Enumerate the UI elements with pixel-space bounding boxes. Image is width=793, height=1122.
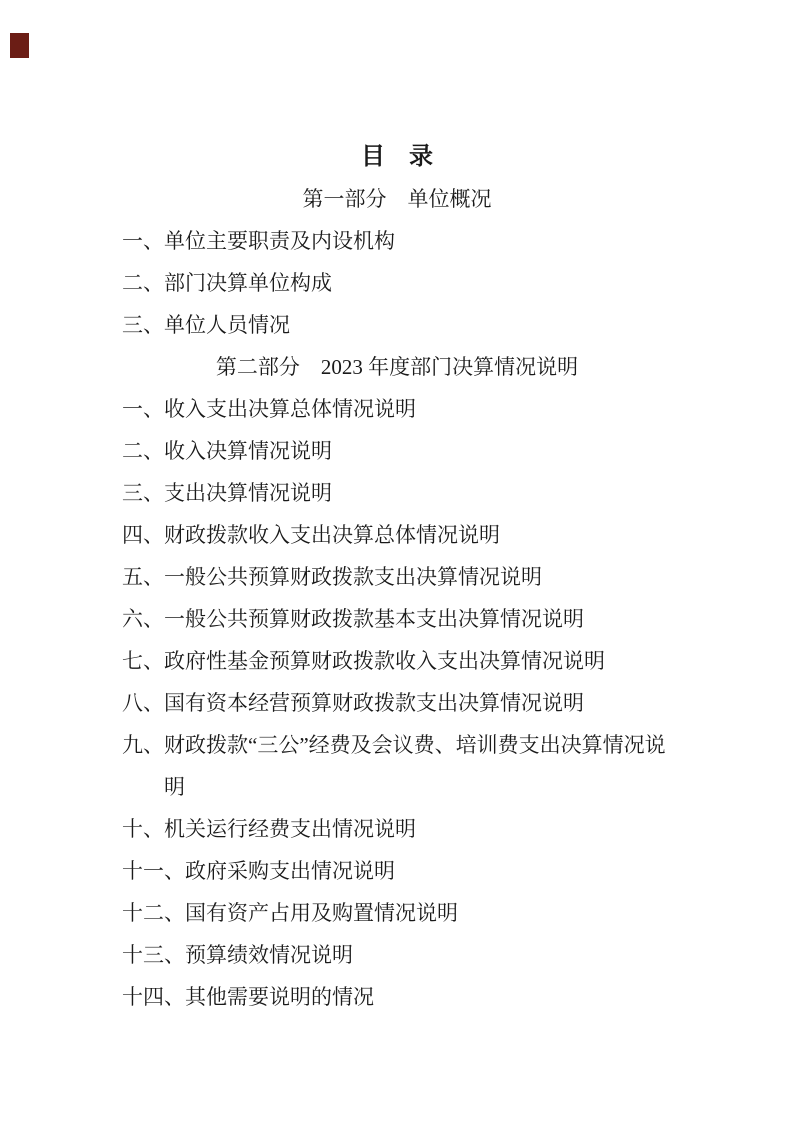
corner-mark bbox=[10, 33, 29, 58]
toc-title: 目 录 bbox=[122, 136, 672, 178]
toc-item: 十三、预算绩效情况说明 bbox=[122, 934, 672, 976]
toc-item: 二、部门决算单位构成 bbox=[122, 262, 672, 304]
part-one-heading: 第一部分 单位概况 bbox=[122, 178, 672, 220]
toc-item: 三、单位人员情况 bbox=[122, 304, 672, 346]
toc-item: 四、财政拨款收入支出决算总体情况说明 bbox=[122, 514, 672, 556]
toc-item: 九、财政拨款“三公”经费及会议费、培训费支出决算情况说明 bbox=[122, 724, 672, 808]
toc-item: 一、单位主要职责及内设机构 bbox=[122, 220, 672, 262]
toc-item: 十四、其他需要说明的情况 bbox=[122, 976, 672, 1018]
toc-item: 五、一般公共预算财政拨款支出决算情况说明 bbox=[122, 556, 672, 598]
toc-item: 十二、国有资产占用及购置情况说明 bbox=[122, 892, 672, 934]
toc-item: 八、国有资本经营预算财政拨款支出决算情况说明 bbox=[122, 682, 672, 724]
toc-item: 二、收入决算情况说明 bbox=[122, 430, 672, 472]
toc-item: 一、收入支出决算总体情况说明 bbox=[122, 388, 672, 430]
toc-item: 三、支出决算情况说明 bbox=[122, 472, 672, 514]
document-page: 目 录 第一部分 单位概况 一、单位主要职责及内设机构 二、部门决算单位构成 三… bbox=[0, 0, 793, 1122]
toc-item: 六、一般公共预算财政拨款基本支出决算情况说明 bbox=[122, 598, 672, 640]
toc-item: 七、政府性基金预算财政拨款收入支出决算情况说明 bbox=[122, 640, 672, 682]
toc-item: 十、机关运行经费支出情况说明 bbox=[122, 808, 672, 850]
table-of-contents: 目 录 第一部分 单位概况 一、单位主要职责及内设机构 二、部门决算单位构成 三… bbox=[122, 136, 672, 1018]
part-two-heading: 第二部分 2023 年度部门决算情况说明 bbox=[122, 346, 672, 388]
toc-item: 十一、政府采购支出情况说明 bbox=[122, 850, 672, 892]
